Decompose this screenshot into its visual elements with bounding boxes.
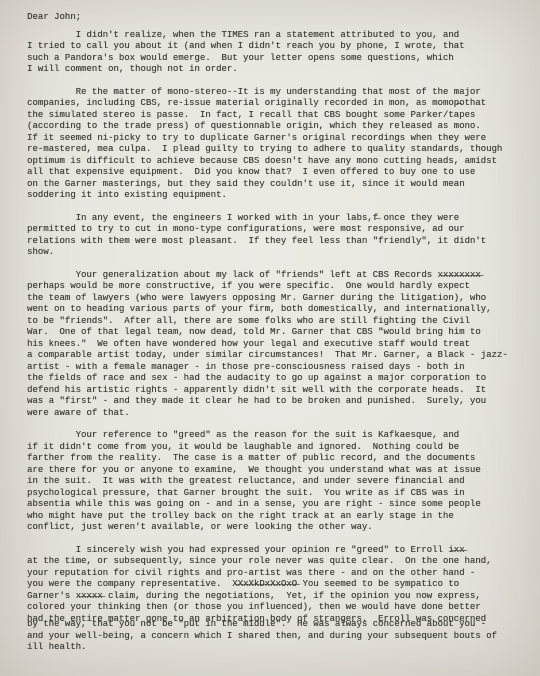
paragraph-mono-stereo: Re the matter of mono-stereo--It is my u… <box>27 87 530 202</box>
greeting-line: Dear John; <box>27 12 530 24</box>
closing-overlap-line-b: by the way, that you not be "put in the … <box>27 619 530 631</box>
paragraph-closing-part1: I sincerely wish you had expressed your … <box>27 545 530 614</box>
paragraph-intro: I didn't realize, when the TIMES ran a s… <box>27 30 530 76</box>
paragraph-friends-lawyers: Your generalization about my lack of "fr… <box>27 270 530 420</box>
letter-page: Dear John; I didn't realize, when the TI… <box>0 0 540 676</box>
paragraph-greed-suit: Your reference to "greed" as the reason … <box>27 430 530 534</box>
paragraph-engineers: In any event, the engineers I worked wit… <box>27 213 530 259</box>
paragraph-closing-part2: and your well-being, a concern which I s… <box>27 631 530 654</box>
